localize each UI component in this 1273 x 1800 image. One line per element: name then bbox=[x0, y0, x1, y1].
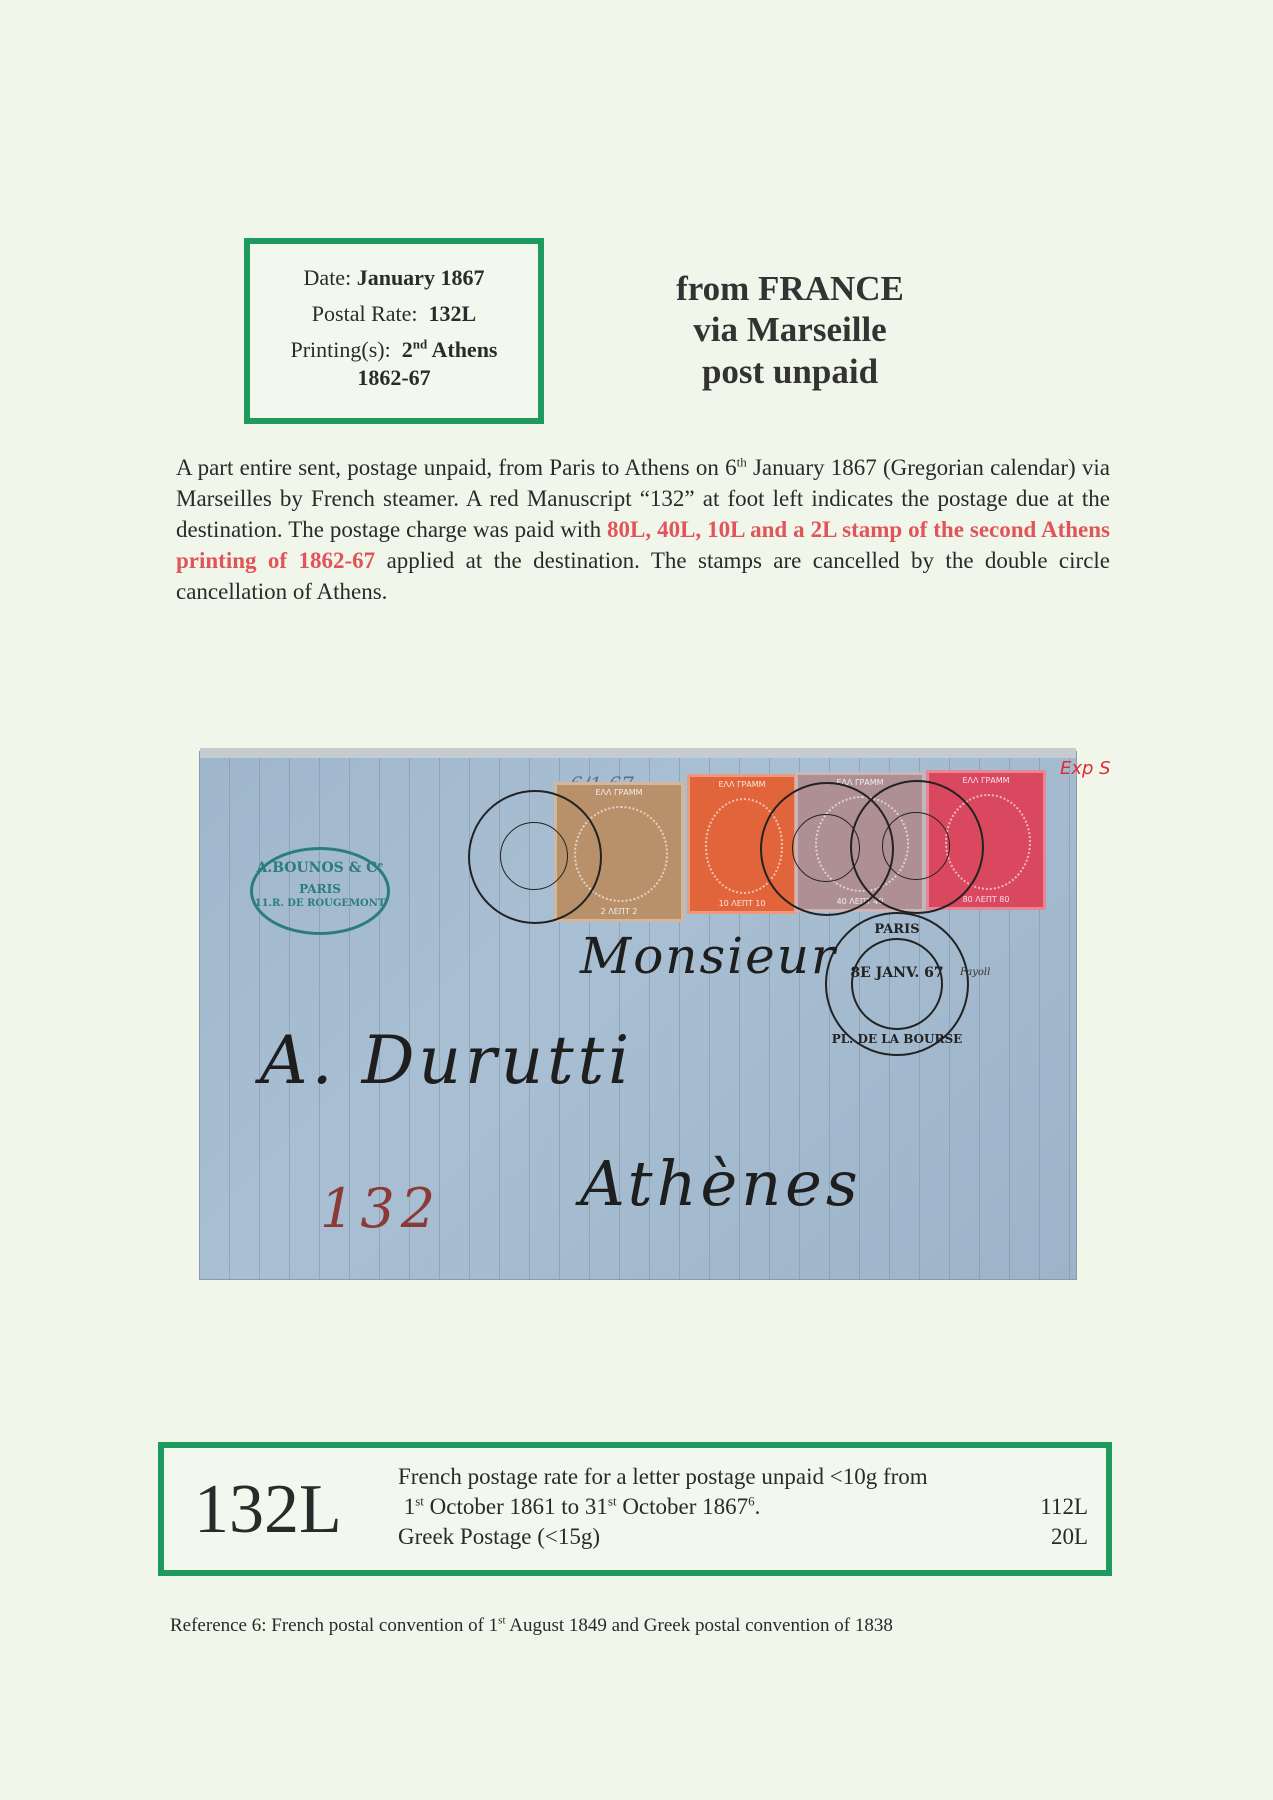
handwritten-addressee: A. Durutti bbox=[260, 1022, 633, 1099]
stamp-header: ΕΛΛ ΓΡΑΜΜ bbox=[690, 780, 794, 789]
title-line-1: from FRANCE bbox=[640, 268, 940, 309]
date-value: January 1867 bbox=[357, 265, 485, 290]
reference-text-2: August 1849 and Greek postal convention … bbox=[506, 1615, 893, 1636]
handwritten-salutation: Monsieur bbox=[580, 927, 837, 985]
rate-line-2-sup2: st bbox=[608, 1493, 617, 1508]
rate-line-2-a: 1 bbox=[404, 1494, 416, 1519]
company-stamp-line-3: 11.R. DE ROUGEMONT bbox=[253, 898, 387, 909]
description-text-1: A part entire sent, postage unpaid, from… bbox=[176, 455, 737, 480]
rate-line-3-text: Greek Postage (<15g) bbox=[398, 1522, 600, 1552]
title-line-3: post unpaid bbox=[640, 351, 940, 392]
handwritten-city: Athènes bbox=[580, 1147, 862, 1220]
company-handstamp: A.BOUNOS & Cᵉ PARIS 11.R. DE ROUGEMONT bbox=[250, 847, 390, 935]
printing-label: Printing(s): bbox=[290, 337, 390, 362]
description-sup: th bbox=[737, 454, 747, 469]
page-title: from FRANCE via Marseille post unpaid bbox=[640, 268, 940, 392]
date-label: Date: bbox=[304, 265, 352, 290]
printing-row: Printing(s): 2nd Athens bbox=[250, 334, 538, 366]
rate-value: 132L bbox=[429, 301, 477, 326]
paris-cancel-inner bbox=[851, 938, 943, 1030]
rate-line-2-b: October 1861 to 31 bbox=[424, 1494, 608, 1519]
rate-label: Postal Rate: bbox=[312, 301, 418, 326]
stamp-header: ΕΛΛ ΓΡΑΜΜ bbox=[557, 788, 681, 797]
printing-years: 1862-67 bbox=[357, 365, 430, 390]
paris-cancel-bottom: PL. DE LA BOURSE bbox=[827, 1032, 967, 1046]
rate-box: 132L French postage rate for a letter po… bbox=[158, 1442, 1112, 1576]
info-box: Date: January 1867 Postal Rate: 132L Pri… bbox=[244, 238, 544, 424]
title-line-2: via Marseille bbox=[640, 309, 940, 350]
rate-line-2-sup1: st bbox=[415, 1493, 424, 1508]
description-paragraph: A part entire sent, postage unpaid, from… bbox=[176, 452, 1110, 607]
stamp-header: ΕΛΛ ΓΡΑΜΜ bbox=[929, 776, 1043, 785]
printing-sup: nd bbox=[413, 336, 427, 351]
reference-text-1: Reference 6: French postal convention of… bbox=[170, 1615, 498, 1636]
rate-line-2-d: . bbox=[755, 1494, 761, 1519]
printing-value: Athens bbox=[431, 337, 497, 362]
athens-cancel-3-inner bbox=[882, 812, 950, 880]
reference-sup: st bbox=[498, 1615, 505, 1627]
printing-num: 2 bbox=[402, 337, 413, 362]
company-stamp-line-2: PARIS bbox=[253, 882, 387, 896]
rate-line-2-c: October 1867 bbox=[617, 1494, 749, 1519]
rate-line-1: French postage rate for a letter postage… bbox=[398, 1462, 1088, 1492]
rate-total: 132L bbox=[194, 1470, 342, 1550]
athens-cancel-1-inner bbox=[500, 822, 568, 890]
date-row: Date: January 1867 bbox=[250, 262, 538, 294]
company-stamp-line-1: A.BOUNOS & Cᵉ bbox=[253, 860, 387, 876]
rate-breakdown: French postage rate for a letter postage… bbox=[398, 1462, 1088, 1552]
envelope-image: A.BOUNOS & Cᵉ PARIS 11.R. DE ROUGEMONT 6… bbox=[200, 752, 1076, 1279]
envelope-edge bbox=[200, 748, 1076, 758]
rate-line-2: 1st October 1861 to 31st October 18676. … bbox=[398, 1492, 1088, 1522]
paris-cancel: PARIS 8E JANV. 67 PL. DE LA BOURSE bbox=[825, 912, 969, 1056]
rate-row: Postal Rate: 132L bbox=[250, 298, 538, 330]
handwritten-postage-due: 132 bbox=[320, 1177, 441, 1240]
rate-line-3: Greek Postage (<15g) 20L bbox=[398, 1522, 1088, 1552]
paris-cancel-top: PARIS bbox=[827, 922, 967, 937]
stamp-value: 10 ΛΕΠΤ 10 bbox=[690, 899, 794, 908]
expert-note: Exp S bbox=[1060, 758, 1111, 779]
expert-signature: Fayoll bbox=[960, 967, 990, 978]
rate-line-1-text: French postage rate for a letter postage… bbox=[398, 1462, 928, 1492]
paris-cancel-date: 8E JANV. 67 bbox=[827, 966, 967, 981]
rate-line-2-text: 1st October 1861 to 31st October 18676. bbox=[398, 1492, 760, 1522]
greek-rate-amount: 20L bbox=[1051, 1522, 1088, 1552]
french-rate-amount: 112L bbox=[1040, 1492, 1088, 1522]
reference-note: Reference 6: French postal convention of… bbox=[170, 1615, 893, 1637]
